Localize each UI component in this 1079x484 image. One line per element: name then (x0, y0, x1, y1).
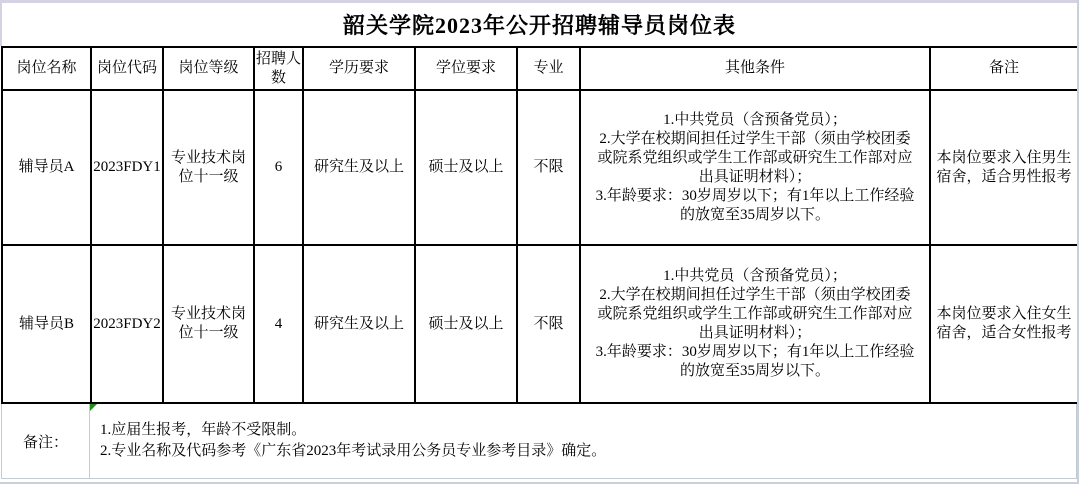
footer-notes-label: 备注： (2, 404, 90, 478)
cell-degree: 硕士及以上 (415, 245, 517, 403)
cell-position-code: 2023FDY2 (91, 245, 163, 403)
cell-education: 研究生及以上 (303, 90, 415, 245)
table-header-row: 岗位名称 岗位代码 岗位等级 招聘人数 学历要求 学位要求 专业 其他条件 备注 (2, 47, 1078, 90)
cell-position-name: 辅导员A (2, 90, 91, 245)
cell-position-name: 辅导员B (2, 245, 91, 403)
cell-other-conditions: 1.中共党员（含预备党员）； 2.大学在校期间担任过学生干部（须由学校团委 或院… (580, 90, 930, 245)
column-header-position-name: 岗位名称 (2, 47, 91, 90)
cell-major: 不限 (517, 90, 580, 245)
cell-position-code: 2023FDY1 (91, 90, 163, 245)
column-header-major: 专业 (517, 47, 580, 90)
page-title: 韶关学院2023年公开招聘辅导员岗位表 (343, 9, 736, 40)
cell-remark: 本岗位要求入住女生 宿舍，适合女性报考 (930, 245, 1078, 403)
cell-major: 不限 (517, 245, 580, 403)
cell-remark: 本岗位要求入住男生 宿舍，适合男性报考 (930, 90, 1078, 245)
column-header-recruit-count: 招聘人数 (254, 47, 303, 90)
column-header-education: 学历要求 (303, 47, 415, 90)
table-row-counselor-a: 辅导员A 2023FDY1 专业技术岗位十一级 6 研究生及以上 硕士及以上 不… (2, 90, 1078, 245)
page-frame-top (0, 0, 1079, 3)
footer-notes-row: 备注： 1.应届生报考，年龄不受限制。 2.专业名称及代码参考《广东省2023年… (1, 404, 1077, 479)
cell-degree: 硕士及以上 (415, 90, 517, 245)
cell-recruit-count: 4 (254, 245, 303, 403)
position-table: 岗位名称 岗位代码 岗位等级 招聘人数 学历要求 学位要求 专业 其他条件 备注… (1, 46, 1079, 404)
cell-position-level: 专业技术岗位十一级 (163, 245, 254, 403)
page-frame-left (0, 0, 2, 46)
column-header-other-conditions: 其他条件 (580, 47, 930, 90)
cell-corner-flag-icon (90, 404, 97, 411)
cell-other-conditions: 1.中共党员（含预备党员）； 2.大学在校期间担任过学生干部（须由学校团委 或院… (580, 245, 930, 403)
cell-recruit-count: 6 (254, 90, 303, 245)
column-header-degree: 学位要求 (415, 47, 517, 90)
footer-notes-content: 1.应届生报考，年龄不受限制。 2.专业名称及代码参考《广东省2023年考试录用… (90, 404, 1076, 478)
footer-notes-text: 1.应届生报考，年龄不受限制。 2.专业名称及代码参考《广东省2023年考试录用… (100, 420, 606, 462)
cell-position-level: 专业技术岗位十一级 (163, 90, 254, 245)
table-row-counselor-b: 辅导员B 2023FDY2 专业技术岗位十一级 4 研究生及以上 硕士及以上 不… (2, 245, 1078, 403)
cell-education: 研究生及以上 (303, 245, 415, 403)
column-header-position-level: 岗位等级 (163, 47, 254, 90)
title-row: 韶关学院2023年公开招聘辅导员岗位表 (0, 3, 1079, 46)
column-header-position-code: 岗位代码 (91, 47, 163, 90)
column-header-remark: 备注 (930, 47, 1078, 90)
